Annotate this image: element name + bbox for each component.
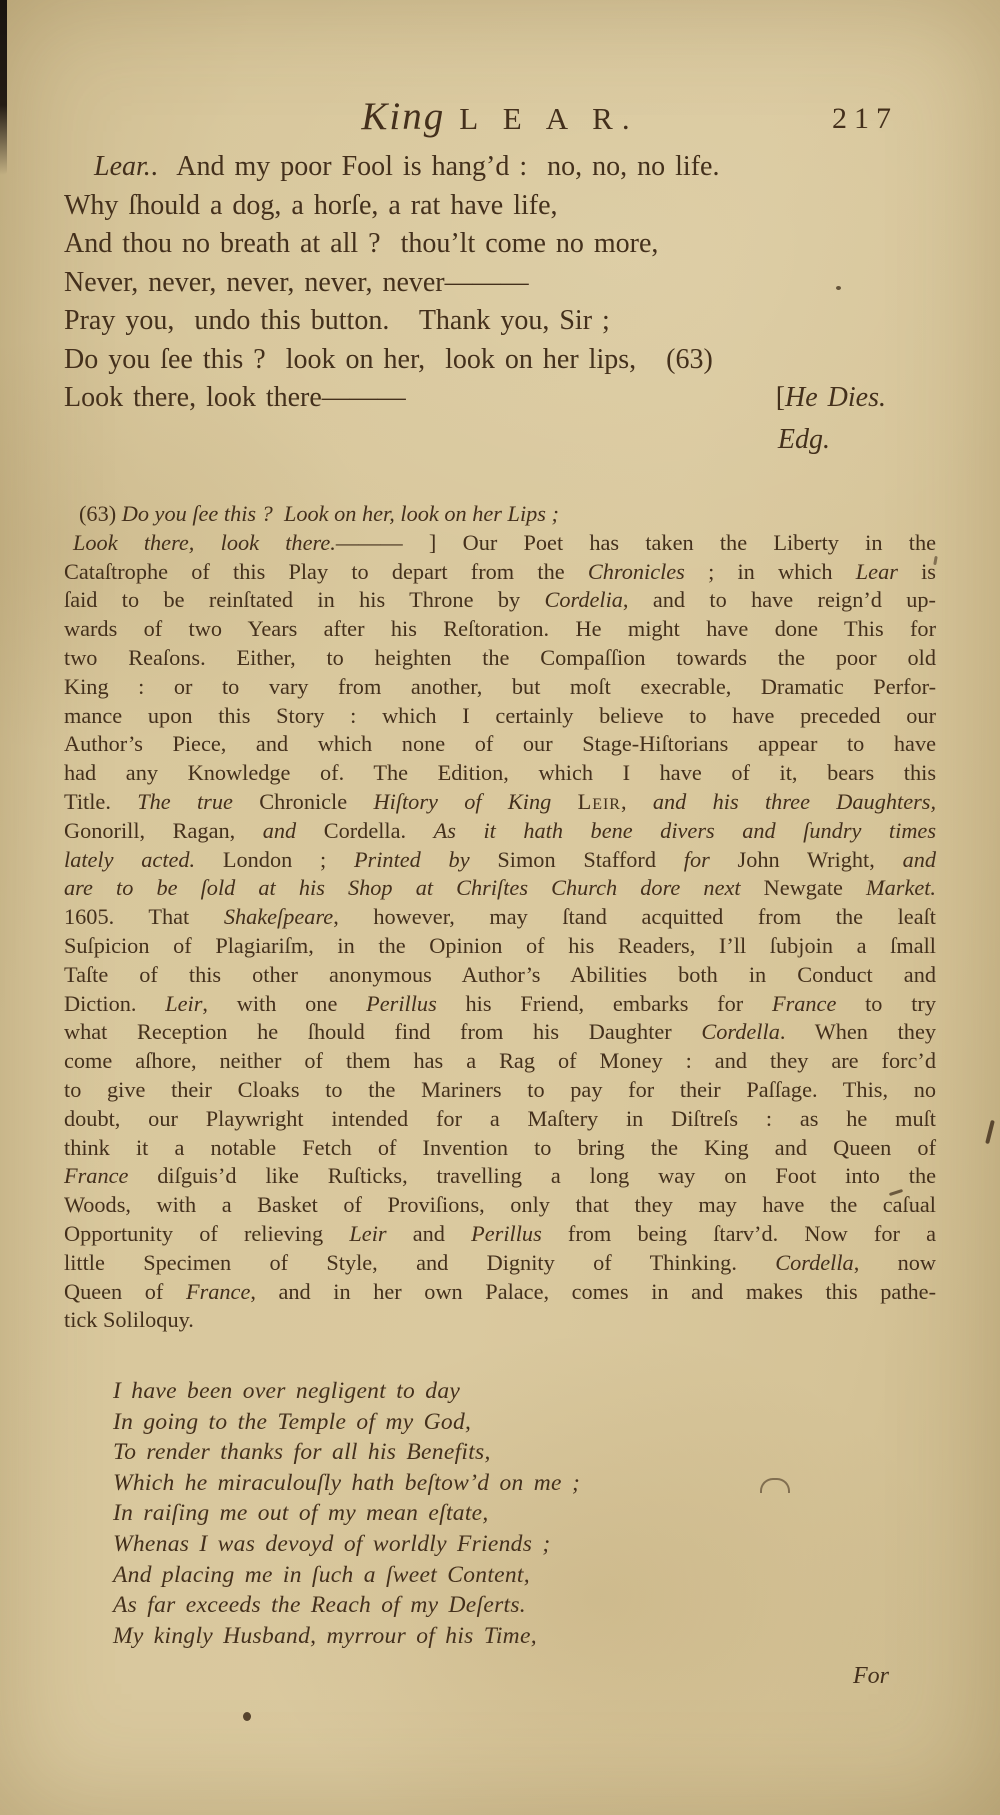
- text-line: little Specimen of Style, and Dignity of…: [64, 1249, 936, 1278]
- text-line: Never, never, never, never, never———: [64, 264, 886, 303]
- text-line: Author’s Piece, and which none of our St…: [64, 730, 936, 759]
- text-line: Pray you, undo this button. Thank you, S…: [64, 302, 886, 341]
- title-word-lear: L E A R.: [459, 101, 638, 136]
- text-line: As far exceeds the Reach of my Deſerts.: [113, 1590, 753, 1621]
- text-line: wards of two Years after his Reſtoration…: [64, 615, 936, 644]
- text-line: ſaid to be reinſtated in his Throne by C…: [64, 586, 936, 615]
- text-line: Queen of France, and in her own Palace, …: [64, 1278, 936, 1307]
- text-line: Why ſhould a dog, a horſe, a rat have li…: [64, 187, 886, 226]
- text-line: King : or to vary from another, but moſt…: [64, 673, 936, 702]
- text-line: Look there, look there———[He Dies.: [64, 379, 886, 418]
- text-line: lately acted. London ; Printed by Simon …: [64, 846, 936, 875]
- text-line: think it a notable Fetch of Invention to…: [64, 1134, 936, 1163]
- running-header: KingL E A R. 217: [0, 94, 1000, 150]
- page-number: 217: [832, 102, 898, 136]
- text-line: Do you ſee this ? look on her, look on h…: [64, 341, 886, 380]
- text-line: And placing me in ſuch a ſweet Content,: [113, 1560, 753, 1591]
- text-line: Which he miraculouſly hath beſtow’d on m…: [113, 1468, 753, 1499]
- text-line: Woods, with a Basket of Proviſions, only…: [64, 1191, 936, 1220]
- book-page-scan: KingL E A R. 217 Lear.. And my poor Fool…: [0, 0, 1000, 1815]
- text-line: come aſhore, neither of them has a Rag o…: [64, 1047, 936, 1076]
- text-line: tick Soliloquy.: [64, 1306, 936, 1335]
- text-line: are to be ſold at his Shop at Chriſtes C…: [64, 874, 936, 903]
- text-line: Cataſtrophe of this Play to depart from …: [64, 558, 936, 587]
- text-line: Gonorill, Ragan, and Cordella. As it hat…: [64, 817, 936, 846]
- text-line: France diſguis’d like Ruſticks, travelli…: [64, 1162, 936, 1191]
- text-line: My kingly Husband, myrrour of his Time,: [113, 1621, 753, 1652]
- text-line: Whenas I was devoyd of worldly Friends ;: [113, 1529, 753, 1560]
- text-line: Look there, look there.——— ] Our Poet ha…: [64, 529, 936, 558]
- text-line: Edg.: [64, 421, 886, 460]
- text-line: Taſte of this other anonymous Author’s A…: [64, 961, 936, 990]
- text-line: 1605. That Shakeſpeare, however, may ſta…: [64, 903, 936, 932]
- play-text-block: Lear.. And my poor Fool is hang’d : no, …: [64, 148, 886, 459]
- text-line: two Reaſons. Either, to heighten the Com…: [64, 644, 936, 673]
- text-line: Suſpicion of Plagiariſm, in the Opinion …: [64, 932, 936, 961]
- catchword: For: [853, 1663, 889, 1690]
- pen-mark: [760, 1478, 790, 1493]
- text-line: In raiſing me out of my mean eſtate,: [113, 1498, 753, 1529]
- text-line: Title. The true Chronicle Hiſtory of Kin…: [64, 788, 936, 817]
- text-line: In going to the Temple of my God,: [113, 1407, 753, 1438]
- ink-speck: [836, 286, 841, 290]
- ink-speck: [243, 1712, 251, 1721]
- ink-speck: [933, 556, 938, 565]
- footnote-block: (63) Do you ſee this ? Look on her, look…: [64, 500, 936, 1335]
- title-word-king: King: [361, 95, 445, 138]
- text-line: (63) Do you ſee this ? Look on her, look…: [64, 500, 936, 529]
- verse-quotation-block: I have been over negligent to dayIn goin…: [113, 1376, 753, 1651]
- text-line: to give their Cloaks to the Mariners to …: [64, 1076, 936, 1105]
- text-line: had any Knowledge of. The Edition, which…: [64, 759, 936, 788]
- text-line: what Reception he ſhould find from his D…: [64, 1018, 936, 1047]
- text-line: Opportunity of relieving Leir and Perill…: [64, 1220, 936, 1249]
- text-line: doubt, our Playwright intended for a Maſ…: [64, 1105, 936, 1134]
- ink-speck: [985, 1120, 995, 1144]
- text-line: mance upon this Story : which I certainl…: [64, 702, 936, 731]
- text-line: Diction. Leir, with one Perillus his Fri…: [64, 990, 936, 1019]
- text-line: I have been over negligent to day: [113, 1376, 753, 1407]
- text-line: And thou no breath at all ? thou’lt come…: [64, 225, 886, 264]
- text-line: Lear.. And my poor Fool is hang’d : no, …: [64, 148, 886, 187]
- text-line: To render thanks for all his Benefits,: [113, 1437, 753, 1468]
